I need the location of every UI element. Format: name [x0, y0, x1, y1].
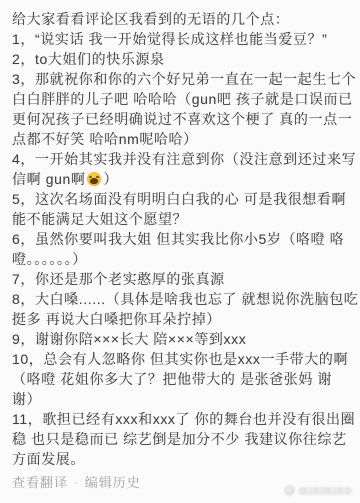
post-line: 白白胖胖的儿子吧 哈哈哈（gun吧 孩子就是口误而已 [12, 89, 354, 109]
post-line: 方面发展。 [12, 449, 354, 469]
post-line: 能不能满足大姐这个愿望？ [12, 209, 354, 229]
post-body: 给大家看看评论区我看到的无语的几个点：1，“说实话 我一开始觉得长成这样也能当爱… [0, 0, 360, 469]
post-line: 点都不好笑 哈哈nm呢哈哈） [12, 129, 354, 149]
post-line: （咯噔 花姐你多大了？把他带大的 是张爸张妈 谢 [12, 369, 354, 389]
post-line: 4，一开始其实我并没有注意到你（没注意到还过来写 [12, 149, 354, 169]
watermark-text-blur [298, 487, 352, 495]
post-line: 9，谢谢你陪×××长大 陪×××等到xxx [12, 329, 354, 349]
post-line: 3，那就祝你和你的六个好兄弟一直在一起一起生七个 [12, 69, 354, 89]
footer-separator: · [74, 475, 79, 491]
post-line: 信啊 gun啊） [12, 169, 354, 189]
post-line: 挺多 再说大白嗓把你耳朵拧掉） [12, 309, 354, 329]
post-line: 1，“说实话 我一开始觉得长成这样也能当爱豆？” [12, 29, 354, 49]
post-line: 10，总会有人忽略你 但其实你也是xxx一手带大的啊 [12, 349, 354, 369]
weibo-logo-icon [284, 485, 295, 496]
post-line: 7，你还是那个老实憨厚的张真源 [12, 269, 354, 289]
post-line: 稳 也只是稳而已 综艺倒是加分不少 我建议你往综艺 [12, 429, 354, 449]
view-translation-link[interactable]: 查看翻译 [12, 475, 68, 491]
post-line: 更何况孩子已经明确说过不喜欢这个梗了 真的一点一 [12, 109, 354, 129]
weibo-watermark [284, 485, 352, 496]
post-line: 5，这次名场面没有明明白白我的心 可是我很想看啊 [12, 189, 354, 209]
post-line: 8，大白嗓......（具体是啥我也忘了 就想说你洗脑包吃 [12, 289, 354, 309]
post-line: 给大家看看评论区我看到的无语的几个点： [12, 9, 354, 29]
post-line: 谢） [12, 389, 354, 409]
post-line: 11，歌担已经有xxx和xxx了 你的舞台也并没有很出圈 [12, 409, 354, 429]
edit-history-link[interactable]: 编辑历史 [85, 475, 141, 491]
post-line: 6，虽然你要叫我大姐 但其实我比你小5岁（咯噔 咯 [12, 229, 354, 249]
post-line: 2，to大姐们的快乐源泉 [12, 49, 354, 69]
yawning-face-emoji [87, 172, 101, 186]
post-line: 噔。。。。。。） [12, 249, 354, 269]
